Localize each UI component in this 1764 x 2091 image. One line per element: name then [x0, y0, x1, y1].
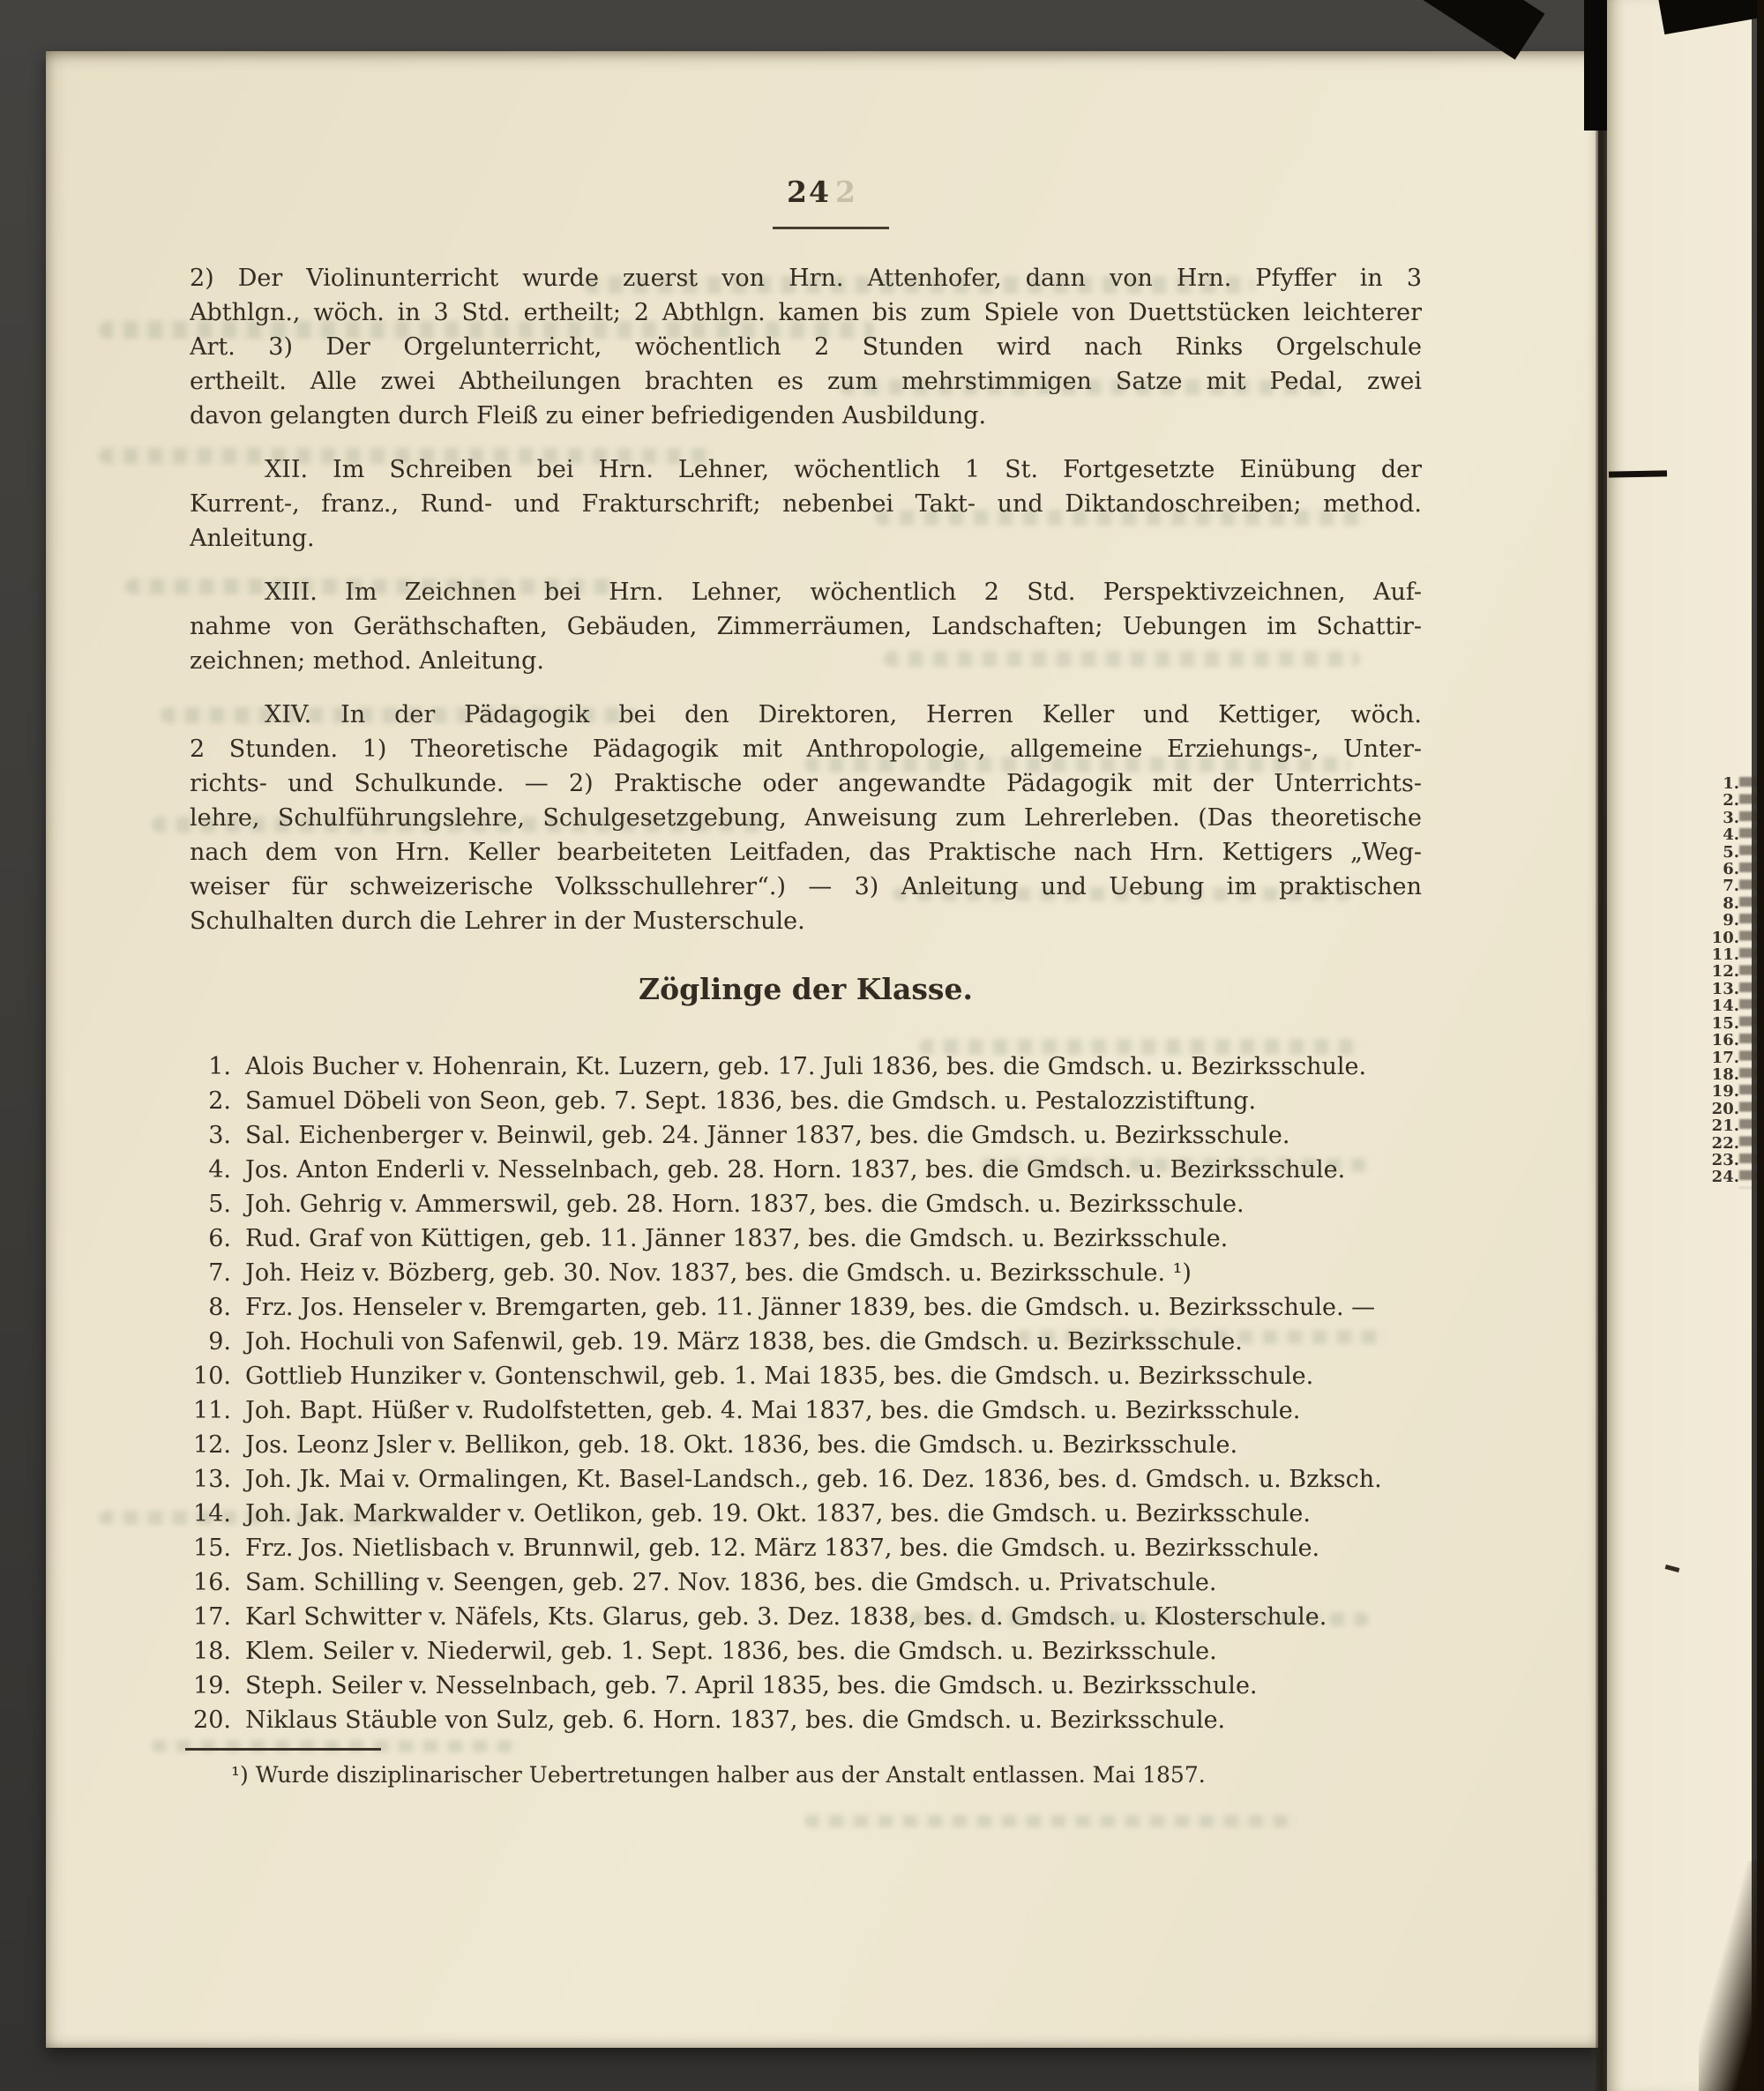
- student-number: 2.: [190, 1084, 231, 1118]
- student-text: Joh. Jk. Mai v. Ormalingen, Kt. Basel-La…: [231, 1462, 1382, 1497]
- next-page-line-number: 5.: [1712, 844, 1739, 861]
- student-row: 2.Samuel Döbeli von Seon, geb. 7. Sept. …: [190, 1084, 1422, 1118]
- body-line: Anleitung.: [190, 521, 1422, 556]
- student-text: Frz. Jos. Henseler v. Bremgarten, geb. 1…: [231, 1290, 1375, 1325]
- body-line: XIV. In der Pädagogik bei den Direktoren…: [190, 698, 1422, 732]
- student-number: 13.: [190, 1462, 231, 1497]
- next-page-line-number: 16.: [1712, 1032, 1739, 1049]
- body-paragraphs: 2) Der Violinunterricht wurde zuerst von…: [190, 261, 1422, 938]
- next-page-line-number: 21.: [1712, 1117, 1739, 1134]
- student-text: Samuel Döbeli von Seon, geb. 7. Sept. 18…: [231, 1084, 1256, 1118]
- next-page-clipped-text: [1739, 777, 1759, 1188]
- student-text: Frz. Jos. Nietlisbach v. Brunnwil, geb. …: [231, 1531, 1319, 1565]
- student-row: 5.Joh. Gehrig v. Ammerswil, geb. 28. Hor…: [190, 1187, 1422, 1221]
- student-number: 7.: [190, 1256, 231, 1290]
- page-number: 242: [46, 175, 1598, 209]
- student-number: 8.: [190, 1290, 231, 1325]
- next-page-edge: 1.2.3.4.5.6.7.8.9.10.11.12.13.14.15.16.1…: [1607, 0, 1752, 2091]
- body-line: Abthlgn., wöch. in 3 Std. ertheilt; 2 Ab…: [190, 295, 1422, 330]
- next-page-line-number: 12.: [1712, 963, 1739, 980]
- student-number: 17.: [190, 1600, 231, 1634]
- student-number: 1.: [190, 1049, 231, 1084]
- next-page-line-number: 19.: [1712, 1083, 1739, 1100]
- next-page-line-number: 18.: [1712, 1066, 1739, 1083]
- student-number: 20.: [190, 1703, 231, 1737]
- paragraph: XIII. Im Zeichnen bei Hrn. Lehner, wöche…: [190, 575, 1422, 678]
- student-row: 12.Jos. Leonz Jsler v. Bellikon, geb. 18…: [190, 1428, 1422, 1462]
- student-text: Klem. Seiler v. Niederwil, geb. 1. Sept.…: [231, 1634, 1217, 1669]
- body-line: 2) Der Violinunterricht wurde zuerst von…: [190, 261, 1422, 295]
- body-line: Schulhalten durch die Lehrer in der Must…: [190, 904, 1422, 938]
- body-line: 2 Stunden. 1) Theoretische Pädagogik mit…: [190, 732, 1422, 766]
- student-row: 7.Joh. Heiz v. Bözberg, geb. 30. Nov. 18…: [190, 1256, 1422, 1290]
- student-row: 20.Niklaus Stäuble von Sulz, geb. 6. Hor…: [190, 1703, 1422, 1737]
- student-number: 16.: [190, 1565, 231, 1600]
- student-row: 1.Alois Bucher v. Hohenrain, Kt. Luzern,…: [190, 1049, 1422, 1084]
- next-page-line-number: 1.: [1712, 775, 1739, 792]
- page-number-value: 24: [787, 175, 831, 209]
- body-line: Art. 3) Der Orgelunterricht, wöchentlich…: [190, 330, 1422, 364]
- student-row: 6.Rud. Graf von Küttigen, geb. 11. Jänne…: [190, 1221, 1422, 1256]
- next-page-line-number: 7.: [1712, 877, 1739, 894]
- body-line: nahme von Geräthschaften, Gebäuden, Zimm…: [190, 609, 1422, 644]
- student-row: 9.Joh. Hochuli von Safenwil, geb. 19. Mä…: [190, 1325, 1422, 1359]
- book-edge-dark-band: [1757, 0, 1764, 2091]
- student-number: 3.: [190, 1118, 231, 1153]
- student-row: 16.Sam. Schilling v. Seengen, geb. 27. N…: [190, 1565, 1422, 1600]
- body-line: nach dem von Hrn. Keller bearbeiteten Le…: [190, 835, 1422, 870]
- student-row: 14.Joh. Jak. Markwalder v. Oetlikon, geb…: [190, 1497, 1422, 1531]
- student-number: 14.: [190, 1497, 231, 1531]
- page-number-rule: [773, 227, 889, 229]
- student-number: 10.: [190, 1359, 231, 1393]
- student-text: Joh. Gehrig v. Ammerswil, geb. 28. Horn.…: [231, 1187, 1245, 1221]
- student-number: 11.: [190, 1393, 231, 1428]
- next-page-line-number: 8.: [1712, 895, 1739, 912]
- student-text: Joh. Jak. Markwalder v. Oetlikon, geb. 1…: [231, 1497, 1311, 1531]
- bleed-through-artifact: [804, 1815, 1298, 1827]
- next-page-line-number: 24.: [1712, 1169, 1739, 1185]
- student-text: Joh. Heiz v. Bözberg, geb. 30. Nov. 1837…: [231, 1256, 1192, 1290]
- student-text: Steph. Seiler v. Nesselnbach, geb. 7. Ap…: [231, 1669, 1258, 1703]
- next-page-line-number: 17.: [1712, 1049, 1739, 1066]
- next-page-rule-fragment: [1609, 470, 1667, 477]
- student-row: 15.Frz. Jos. Nietlisbach v. Brunnwil, ge…: [190, 1531, 1422, 1565]
- student-row: 4.Jos. Anton Enderli v. Nesselnbach, geb…: [190, 1153, 1422, 1187]
- next-page-line-number: 10.: [1712, 930, 1739, 946]
- page-gutter-dark-top: [1584, 0, 1608, 131]
- book-cover-corner: [1699, 1861, 1764, 2091]
- paragraph: 2) Der Violinunterricht wurde zuerst von…: [190, 261, 1422, 433]
- next-page-line-number: 14.: [1712, 997, 1739, 1014]
- page-gutter-shadow: [1596, 0, 1607, 2091]
- student-list: 1.Alois Bucher v. Hohenrain, Kt. Luzern,…: [190, 1049, 1422, 1737]
- student-text: Joh. Bapt. Hüßer v. Rudolfstetten, geb. …: [231, 1393, 1300, 1428]
- student-text: Sal. Eichenberger v. Beinwil, geb. 24. J…: [231, 1118, 1289, 1153]
- student-text: Rud. Graf von Küttigen, geb. 11. Jänner …: [231, 1221, 1228, 1256]
- student-number: 5.: [190, 1187, 231, 1221]
- body-line: Kurrent-, franz., Rund- und Frakturschri…: [190, 487, 1422, 521]
- student-row: 10.Gottlieb Hunziker v. Gontenschwil, ge…: [190, 1359, 1422, 1393]
- next-page-line-numbers: 1.2.3.4.5.6.7.8.9.10.11.12.13.14.15.16.1…: [1712, 775, 1739, 1186]
- next-page-line-number: 23.: [1712, 1152, 1739, 1169]
- next-page-line-number: 11.: [1712, 946, 1739, 963]
- body-line: XIII. Im Zeichnen bei Hrn. Lehner, wöche…: [190, 575, 1422, 609]
- student-row: 8.Frz. Jos. Henseler v. Bremgarten, geb.…: [190, 1290, 1422, 1325]
- student-number: 4.: [190, 1153, 231, 1187]
- next-page-line-number: 3.: [1712, 810, 1739, 826]
- page-number-bleed-ghost: 2: [835, 175, 857, 209]
- footnote-rule: [185, 1748, 381, 1751]
- next-page-line-number: 15.: [1712, 1015, 1739, 1032]
- student-row: 19.Steph. Seiler v. Nesselnbach, geb. 7.…: [190, 1669, 1422, 1703]
- student-number: 19.: [190, 1669, 231, 1703]
- next-page-line-number: 2.: [1712, 792, 1739, 809]
- student-number: 12.: [190, 1428, 231, 1462]
- student-number: 18.: [190, 1634, 231, 1669]
- student-number: 6.: [190, 1221, 231, 1256]
- next-page-line-number: 9.: [1712, 912, 1739, 929]
- next-page-line-number: 13.: [1712, 981, 1739, 997]
- next-page-line-number: 20.: [1712, 1101, 1739, 1117]
- footnote: ¹) Wurde disziplinarischer Uebertretunge…: [190, 1761, 1422, 1789]
- student-text: Sam. Schilling v. Seengen, geb. 27. Nov.…: [231, 1565, 1216, 1600]
- text-column: 2) Der Violinunterricht wurde zuerst von…: [190, 261, 1422, 1789]
- student-row: 11.Joh. Bapt. Hüßer v. Rudolfstetten, ge…: [190, 1393, 1422, 1428]
- next-page-line-number: 22.: [1712, 1135, 1739, 1152]
- scanned-page: 242 2) Der Violinunterricht wurde zuerst…: [46, 51, 1598, 2048]
- student-text: Jos. Anton Enderli v. Nesselnbach, geb. …: [231, 1153, 1345, 1187]
- student-text: Niklaus Stäuble von Sulz, geb. 6. Horn. …: [231, 1703, 1225, 1737]
- scanned-book-photo: 242 2) Der Violinunterricht wurde zuerst…: [0, 0, 1764, 2091]
- body-line: lehre, Schulführungslehre, Schulgesetzge…: [190, 801, 1422, 835]
- student-text: Alois Bucher v. Hohenrain, Kt. Luzern, g…: [231, 1049, 1366, 1084]
- paragraph: XIV. In der Pädagogik bei den Direktoren…: [190, 698, 1422, 938]
- student-text: Jos. Leonz Jsler v. Bellikon, geb. 18. O…: [231, 1428, 1237, 1462]
- body-line: davon gelangten durch Fleiß zu einer bef…: [190, 399, 1422, 433]
- body-line: XII. Im Schreiben bei Hrn. Lehner, wöche…: [190, 452, 1422, 487]
- next-page-line-number: 4.: [1712, 826, 1739, 843]
- student-row: 18.Klem. Seiler v. Niederwil, geb. 1. Se…: [190, 1634, 1422, 1669]
- body-line: weiser für schweizerische Volksschullehr…: [190, 870, 1422, 904]
- section-heading: Zöglinge der Klasse.: [190, 970, 1422, 1009]
- student-row: 3.Sal. Eichenberger v. Beinwil, geb. 24.…: [190, 1118, 1422, 1153]
- next-page-line-number: 6.: [1712, 861, 1739, 877]
- student-text: Karl Schwitter v. Näfels, Kts. Glarus, g…: [231, 1600, 1327, 1634]
- body-line: richts- und Schulkunde. — 2) Praktische …: [190, 766, 1422, 801]
- student-text: Joh. Hochuli von Safenwil, geb. 19. März…: [231, 1325, 1243, 1359]
- paragraph: XII. Im Schreiben bei Hrn. Lehner, wöche…: [190, 452, 1422, 556]
- student-row: 17.Karl Schwitter v. Näfels, Kts. Glarus…: [190, 1600, 1422, 1634]
- student-row: 13.Joh. Jk. Mai v. Ormalingen, Kt. Basel…: [190, 1462, 1422, 1497]
- body-line: ertheilt. Alle zwei Abtheilungen brachte…: [190, 364, 1422, 399]
- student-number: 15.: [190, 1531, 231, 1565]
- student-number: 9.: [190, 1325, 231, 1359]
- student-text: Gottlieb Hunziker v. Gontenschwil, geb. …: [231, 1359, 1313, 1393]
- body-line: zeichnen; method. Anleitung.: [190, 644, 1422, 678]
